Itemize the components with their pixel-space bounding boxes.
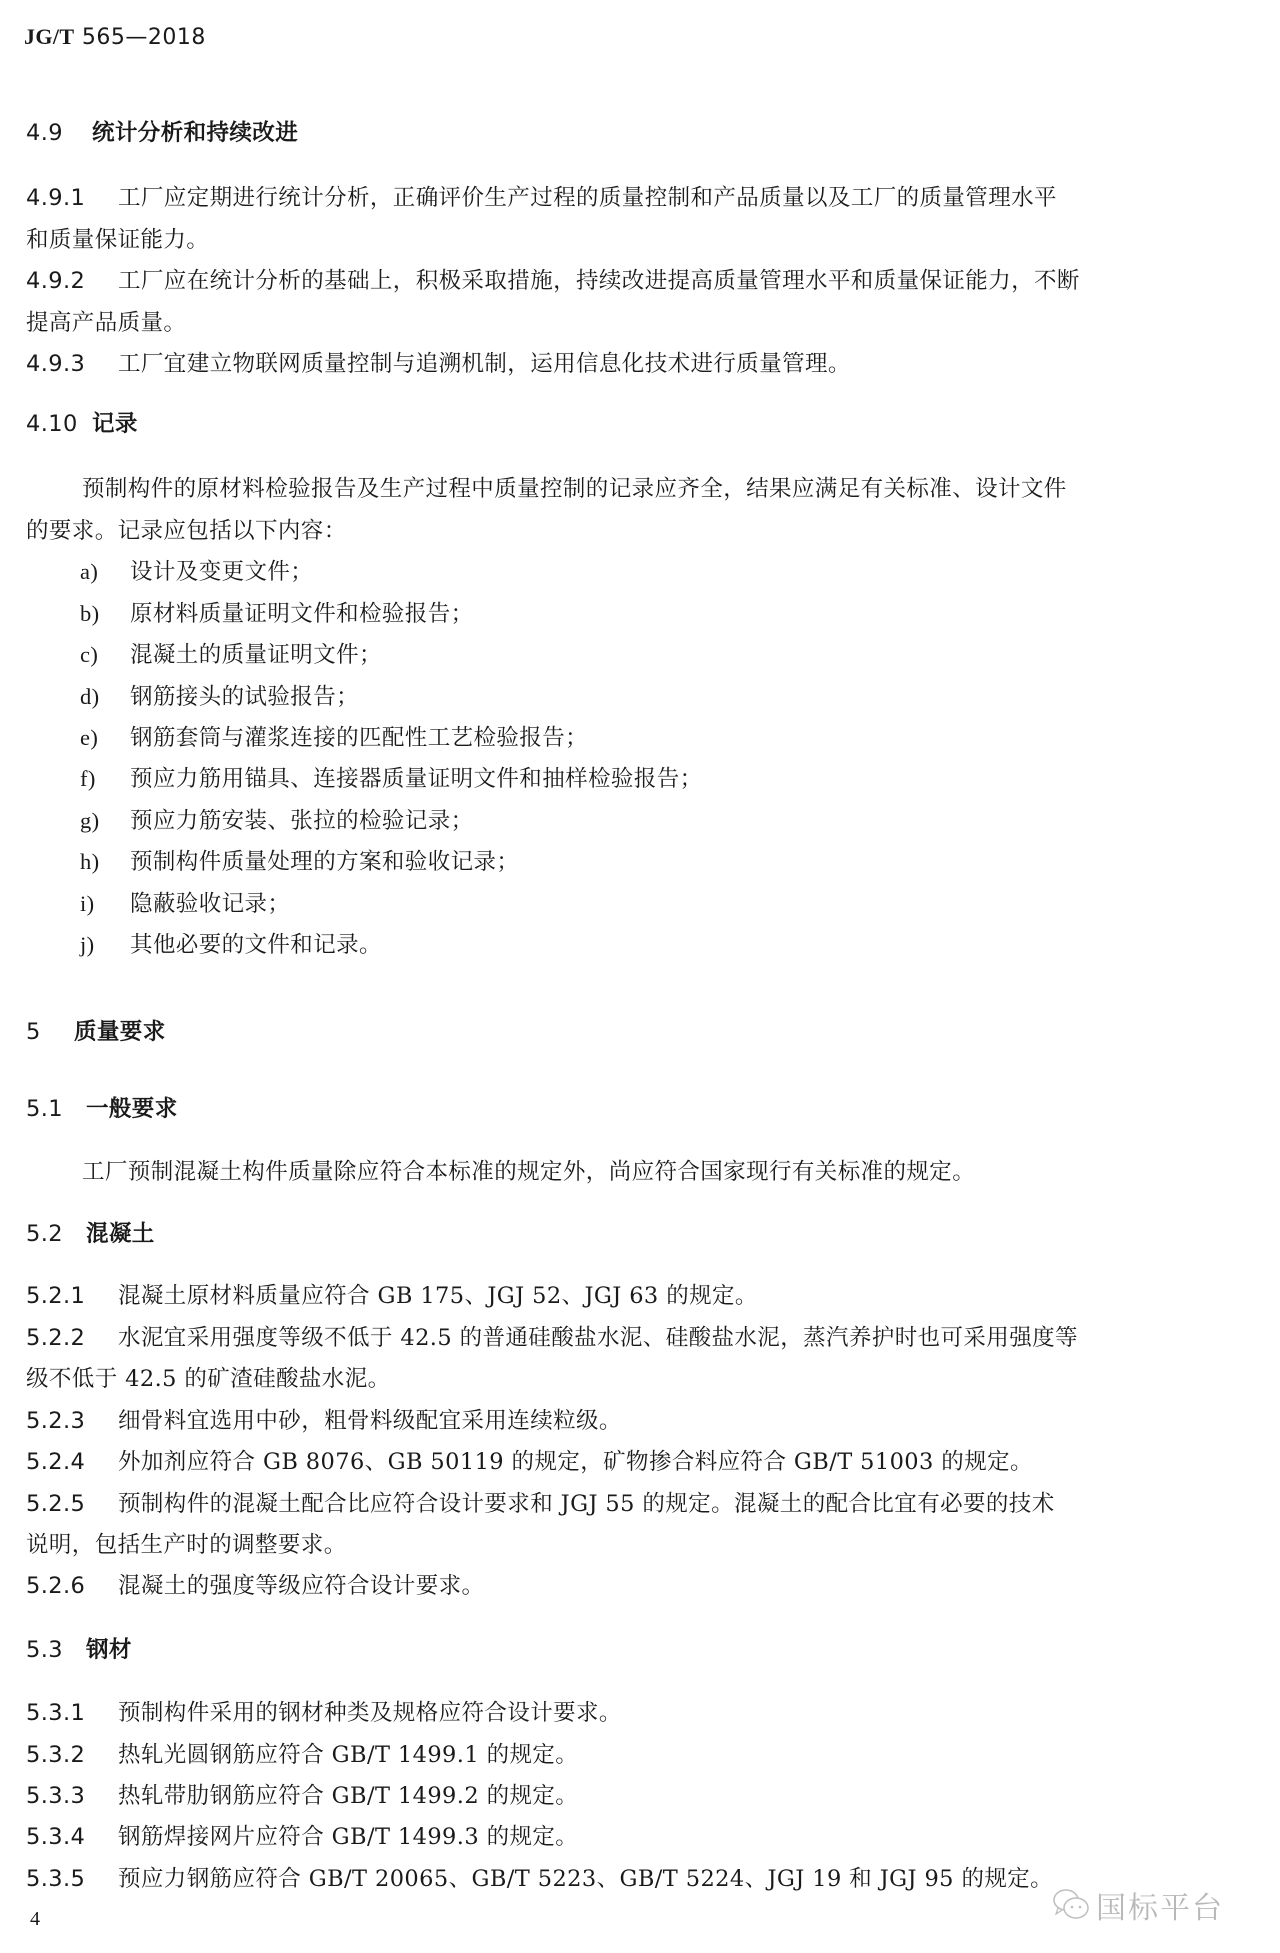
clause-5-2-2: 5.2.2水泥宜采用强度等级不低于 42.5 的普通硅酸盐水泥、硅酸盐水泥，蒸汽… [26, 1323, 1078, 1353]
section-heading-4-9: 4.9统计分析和持续改进 [26, 118, 298, 148]
section-title: 统计分析和持续改进 [92, 120, 298, 146]
section-number: 5 [26, 1017, 74, 1047]
clause-5-3-1: 5.3.1预制构件采用的钢材种类及规格应符合设计要求。 [26, 1698, 622, 1728]
list-marker: f) [80, 764, 130, 794]
list-item-f: f)预应力筋用锚具、连接器质量证明文件和抽样检验报告； [80, 764, 703, 794]
list-text: 预制构件质量处理的方案和验收记录； [130, 849, 519, 875]
standard-header: JG/T 565—2018 [24, 22, 206, 53]
list-item-e: e)钢筋套筒与灌浆连接的匹配性工艺检验报告； [80, 723, 588, 753]
section-title: 混凝土 [86, 1221, 155, 1247]
section-heading-5-1: 5.1一般要求 [26, 1094, 178, 1124]
list-item-h: h)预制构件质量处理的方案和验收记录； [80, 847, 519, 877]
paragraph-text: 工厂预制混凝土构件质量除应符合本标准的规定外，尚应符合国家现行有关标准的规定。 [82, 1159, 975, 1185]
general-requirements-text: 工厂预制混凝土构件质量除应符合本标准的规定外，尚应符合国家现行有关标准的规定。 [82, 1157, 975, 1187]
list-item-i: i)隐蔽验收记录； [80, 889, 290, 919]
section-number: 5.3 [26, 1635, 86, 1665]
clause-4-9-2-cont: 提高产品质量。 [26, 308, 186, 338]
list-text: 其他必要的文件和记录。 [130, 932, 382, 958]
list-marker: a) [80, 557, 130, 587]
clause-5-2-1: 5.2.1混凝土原材料质量应符合 GB 175、JGJ 52、JGJ 63 的规… [26, 1281, 758, 1311]
clause-text: 预制构件采用的钢材种类及规格应符合设计要求。 [118, 1700, 622, 1726]
section-title: 一般要求 [86, 1096, 178, 1122]
clause-text: 工厂应定期进行统计分析，正确评价生产过程的质量控制和产品质量以及工厂的质量管理水… [118, 185, 1057, 211]
records-intro: 预制构件的原材料检验报告及生产过程中质量控制的记录应齐全，结果应满足有关标准、设… [82, 474, 1067, 504]
clause-text: 工厂应在统计分析的基础上，积极采取措施，持续改进提高质量管理水平和质量保证能力，… [118, 268, 1080, 294]
clause-number: 5.3.2 [26, 1740, 118, 1770]
section-title: 钢材 [86, 1637, 132, 1663]
clause-text: 提高产品质量。 [26, 310, 186, 336]
list-text: 隐蔽验收记录； [130, 891, 290, 917]
clause-number: 5.2.4 [26, 1447, 118, 1477]
section-number: 5.2 [26, 1219, 86, 1249]
list-text: 钢筋接头的试验报告； [130, 684, 359, 710]
document-page: JG/T 565—2018 4.9统计分析和持续改进 4.9.1工厂应定期进行统… [0, 0, 1280, 1953]
list-text: 混凝土的质量证明文件； [130, 642, 382, 668]
list-text: 设计及变更文件； [130, 559, 313, 585]
list-marker: c) [80, 640, 130, 670]
list-marker: g) [80, 806, 130, 836]
list-text: 预应力筋安装、张拉的检验记录； [130, 808, 474, 834]
clause-number: 5.2.5 [26, 1489, 118, 1519]
clause-5-2-6: 5.2.6混凝土的强度等级应符合设计要求。 [26, 1571, 484, 1601]
clause-5-3-2: 5.3.2热轧光圆钢筋应符合 GB/T 1499.1 的规定。 [26, 1740, 578, 1770]
clause-text: 预应力钢筋应符合 GB/T 20065、GB/T 5223、GB/T 5224、… [118, 1866, 1053, 1892]
clause-text: 热轧带肋钢筋应符合 GB/T 1499.2 的规定。 [118, 1783, 578, 1809]
clause-text: 外加剂应符合 GB 8076、GB 50119 的规定，矿物掺合料应符合 GB/… [118, 1449, 1033, 1475]
clause-5-2-3: 5.2.3细骨料宜选用中砂，粗骨料级配宜采用连续粒级。 [26, 1406, 622, 1436]
clause-text: 细骨料宜选用中砂，粗骨料级配宜采用连续粒级。 [118, 1408, 622, 1434]
clause-number: 5.3.5 [26, 1864, 118, 1894]
section-heading-5-3: 5.3钢材 [26, 1635, 132, 1665]
section-number: 5.1 [26, 1094, 86, 1124]
standard-code: JG/T [24, 24, 75, 49]
list-text: 预应力筋用锚具、连接器质量证明文件和抽样检验报告； [130, 766, 703, 792]
clause-4-9-1-cont: 和质量保证能力。 [26, 225, 209, 255]
list-item-b: b)原材料质量证明文件和检验报告； [80, 599, 474, 629]
section-heading-4-10: 4.10记录 [26, 409, 138, 439]
paragraph-text: 的要求。记录应包括以下内容： [26, 518, 347, 544]
clause-number: 5.3.4 [26, 1822, 118, 1852]
clause-number: 5.3.1 [26, 1698, 118, 1728]
paragraph-text: 预制构件的原材料检验报告及生产过程中质量控制的记录应齐全，结果应满足有关标准、设… [82, 476, 1067, 502]
list-marker: j) [80, 930, 130, 960]
clause-5-2-4: 5.2.4外加剂应符合 GB 8076、GB 50119 的规定，矿物掺合料应符… [26, 1447, 1033, 1477]
clause-4-9-1: 4.9.1工厂应定期进行统计分析，正确评价生产过程的质量控制和产品质量以及工厂的… [26, 183, 1057, 213]
clause-text: 和质量保证能力。 [26, 227, 209, 253]
section-title: 质量要求 [74, 1019, 166, 1045]
clause-text: 级不低于 42.5 的矿渣硅酸盐水泥。 [26, 1366, 391, 1392]
section-heading-5: 5质量要求 [26, 1017, 166, 1047]
list-item-j: j)其他必要的文件和记录。 [80, 930, 382, 960]
list-text: 原材料质量证明文件和检验报告； [130, 601, 474, 627]
list-item-g: g)预应力筋安装、张拉的检验记录； [80, 806, 474, 836]
clause-text: 工厂宜建立物联网质量控制与追溯机制，运用信息化技术进行质量管理。 [118, 351, 851, 377]
list-item-c: c)混凝土的质量证明文件； [80, 640, 382, 670]
clause-4-9-2: 4.9.2工厂应在统计分析的基础上，积极采取措施，持续改进提高质量管理水平和质量… [26, 266, 1080, 296]
list-marker: d) [80, 682, 130, 712]
clause-number: 4.9.2 [26, 266, 118, 296]
clause-5-2-5-cont: 说明，包括生产时的调整要求。 [26, 1530, 347, 1560]
clause-number: 5.2.1 [26, 1281, 118, 1311]
clause-text: 预制构件的混凝土配合比应符合设计要求和 JGJ 55 的规定。混凝土的配合比宜有… [118, 1491, 1055, 1517]
clause-number: 5.2.2 [26, 1323, 118, 1353]
clause-5-2-5: 5.2.5预制构件的混凝土配合比应符合设计要求和 JGJ 55 的规定。混凝土的… [26, 1489, 1055, 1519]
clause-5-2-2-cont: 级不低于 42.5 的矿渣硅酸盐水泥。 [26, 1364, 391, 1394]
clause-4-9-3: 4.9.3工厂宜建立物联网质量控制与追溯机制，运用信息化技术进行质量管理。 [26, 349, 851, 379]
clause-text: 说明，包括生产时的调整要求。 [26, 1532, 347, 1558]
list-text: 钢筋套筒与灌浆连接的匹配性工艺检验报告； [130, 725, 588, 751]
list-marker: b) [80, 599, 130, 629]
clause-text: 热轧光圆钢筋应符合 GB/T 1499.1 的规定。 [118, 1742, 578, 1768]
section-number: 4.10 [26, 409, 92, 439]
clause-5-3-4: 5.3.4钢筋焊接网片应符合 GB/T 1499.3 的规定。 [26, 1822, 578, 1852]
clause-text: 钢筋焊接网片应符合 GB/T 1499.3 的规定。 [118, 1824, 578, 1850]
list-marker: i) [80, 889, 130, 919]
clause-text: 混凝土的强度等级应符合设计要求。 [118, 1573, 484, 1599]
clause-5-3-3: 5.3.3热轧带肋钢筋应符合 GB/T 1499.2 的规定。 [26, 1781, 578, 1811]
watermark: 国标平台 [1052, 1883, 1224, 1927]
list-marker: h) [80, 847, 130, 877]
section-heading-5-2: 5.2混凝土 [26, 1219, 155, 1249]
standard-number: 565—2018 [82, 25, 206, 50]
list-item-a: a)设计及变更文件； [80, 557, 313, 587]
clause-number: 4.9.1 [26, 183, 118, 213]
page-number: 4 [30, 1908, 40, 1931]
clause-number: 4.9.3 [26, 349, 118, 379]
clause-number: 5.2.3 [26, 1406, 118, 1436]
list-marker: e) [80, 723, 130, 753]
clause-text: 混凝土原材料质量应符合 GB 175、JGJ 52、JGJ 63 的规定。 [118, 1283, 758, 1309]
wechat-icon [1052, 1888, 1092, 1922]
clause-text: 水泥宜采用强度等级不低于 42.5 的普通硅酸盐水泥、硅酸盐水泥，蒸汽养护时也可… [118, 1325, 1078, 1351]
clause-number: 5.3.3 [26, 1781, 118, 1811]
records-intro-cont: 的要求。记录应包括以下内容： [26, 516, 347, 546]
list-item-d: d)钢筋接头的试验报告； [80, 682, 359, 712]
clause-5-3-5: 5.3.5预应力钢筋应符合 GB/T 20065、GB/T 5223、GB/T … [26, 1864, 1053, 1894]
section-number: 4.9 [26, 118, 92, 148]
clause-number: 5.2.6 [26, 1571, 118, 1601]
watermark-text: 国标平台 [1096, 1883, 1224, 1927]
section-title: 记录 [92, 411, 138, 437]
